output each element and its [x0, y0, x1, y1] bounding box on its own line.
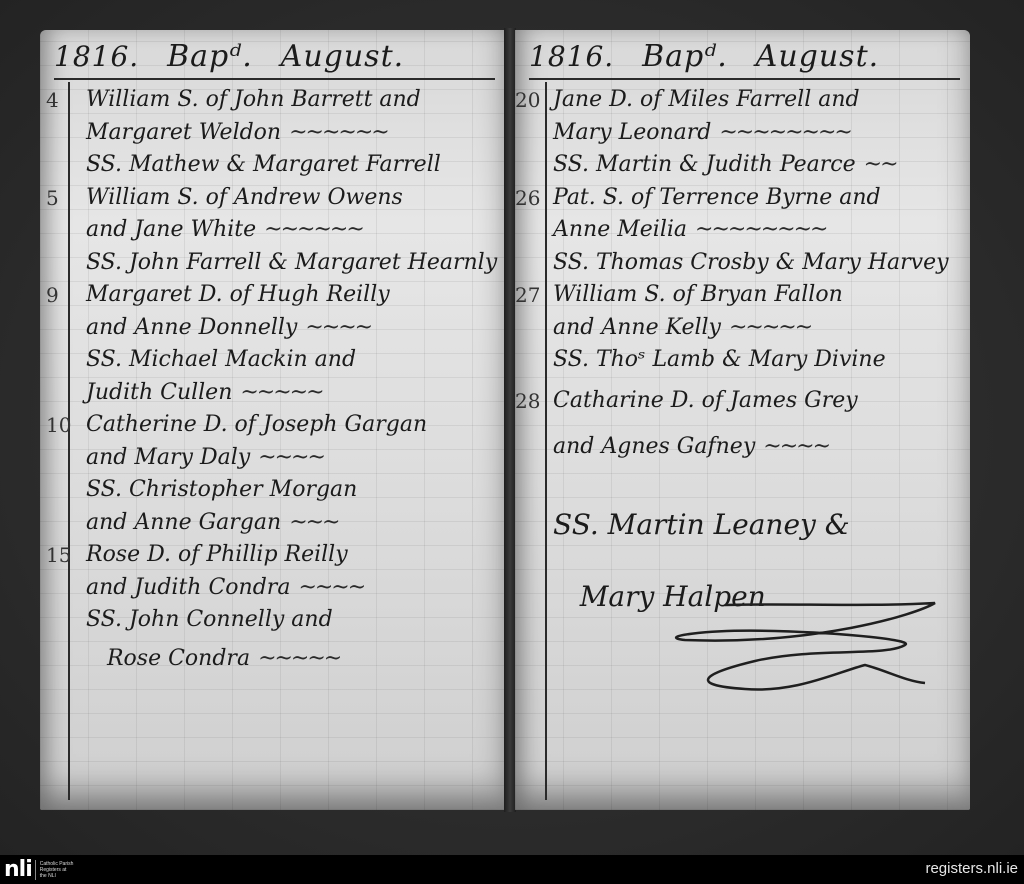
entry-text: SS. Thomas Crosby & Mary Harvey	[553, 247, 949, 280]
register-line: SS. Thomas Crosby & Mary Harvey	[515, 247, 970, 280]
line-flourish: ~~~~~~~~	[719, 120, 850, 145]
logo-divider	[35, 860, 36, 880]
register-line: 15Rose D. of Phillip Reilly	[40, 539, 505, 572]
register-line: SS. John Farrell & Margaret Hearnly	[40, 247, 505, 280]
entry-text: Catherine D. of Joseph Gargan	[86, 409, 427, 442]
register-line: SS. Thoˢ Lamb & Mary Divine	[515, 344, 970, 377]
register-line: Judith Cullen~~~~~	[40, 377, 505, 410]
register-line: 9Margaret D. of Hugh Reilly	[40, 279, 505, 312]
entry-text: Catharine D. of James Grey	[553, 377, 858, 425]
line-flourish: ~~~~~~	[264, 217, 363, 242]
entry-text: SS. Mathew & Margaret Farrell	[86, 149, 441, 182]
line-flourish: ~~~~	[258, 445, 324, 470]
entry-text: Margaret D. of Hugh Reilly	[86, 279, 390, 312]
entry-text: SS. Christopher Morgan	[86, 474, 357, 507]
header-year: 1816.	[529, 40, 614, 73]
register-line: and Anne Kelly~~~~~	[515, 312, 970, 345]
header-year: 1816.	[54, 40, 139, 73]
logo-text: Catholic Parish Registers at the NLI	[40, 861, 80, 879]
register-line: 26Pat. S. of Terrence Byrne and	[515, 182, 970, 215]
line-flourish: ~~~~	[298, 575, 364, 600]
register-line: SS. John Connelly and	[40, 604, 505, 637]
entry-day: 10	[46, 409, 71, 442]
header-abbr: Bapᵈ.	[642, 39, 728, 74]
line-flourish: ~~~~~~	[289, 120, 388, 145]
entry-text: SS. Michael Mackin and	[86, 344, 356, 377]
right-page: 1816. Bapᵈ. August. 20Jane D. of Miles F…	[515, 30, 970, 810]
entry-text: William S. of Bryan Fallon	[553, 279, 843, 312]
line-flourish: ~~~~~~~~	[695, 217, 826, 242]
nli-logo[interactable]: nli Catholic Parish Registers at the NLI	[4, 858, 80, 882]
register-line: SS. Martin & Judith Pearce~~	[515, 149, 970, 182]
register-line: SS. Mathew & Margaret Farrell	[40, 149, 505, 182]
entry-text: Pat. S. of Terrence Byrne and	[553, 182, 881, 215]
sponsor-line: SS. Martin Leaney &	[515, 489, 970, 561]
line-flourish: ~~~	[289, 510, 338, 535]
register-line: 28Catharine D. of James Grey	[515, 377, 970, 425]
entry-text: and Anne Gargan~~~	[86, 507, 339, 540]
left-entries: 4William S. of John Barrett and Margaret…	[40, 84, 505, 675]
entry-day: 27	[515, 279, 540, 312]
register-line: Mary Leonard~~~~~~~~	[515, 117, 970, 150]
register-line: Margaret Weldon~~~~~~	[40, 117, 505, 150]
register-line: SS. Michael Mackin and	[40, 344, 505, 377]
entry-text: and Mary Daly~~~~	[86, 442, 324, 475]
line-flourish: ~~	[864, 152, 897, 177]
entry-text: Judith Cullen~~~~~	[86, 377, 323, 410]
register-line: 5William S. of Andrew Owens	[40, 182, 505, 215]
entry-text: Mary Leonard~~~~~~~~	[553, 117, 851, 150]
register-line: and Jane White~~~~~~	[40, 214, 505, 247]
header-abbr: Bapᵈ.	[167, 39, 253, 74]
entry-text: William S. of Andrew Owens	[86, 182, 403, 215]
entry-text: William S. of John Barrett and	[86, 84, 421, 117]
footer-bar: nli Catholic Parish Registers at the NLI…	[0, 855, 1024, 884]
entry-day: 28	[515, 377, 540, 425]
entry-text: and Jane White~~~~~~	[86, 214, 363, 247]
entry-text: Rose Condra~~~~~	[86, 643, 340, 676]
register-line: Anne Meilia~~~~~~~~	[515, 214, 970, 247]
left-page: 1816. Bapᵈ. August. 4William S. of John …	[40, 30, 505, 810]
register-line: 27William S. of Bryan Fallon	[515, 279, 970, 312]
register-line: and Agnes Gafney~~~~	[515, 425, 970, 469]
register-line: and Judith Condra~~~~	[40, 572, 505, 605]
line-flourish: ~~~~	[305, 315, 371, 340]
entry-text: and Anne Kelly~~~~~	[553, 312, 811, 345]
right-entries: 20Jane D. of Miles Farrell and Mary Leon…	[515, 84, 970, 633]
entry-day: 26	[515, 182, 540, 215]
entry-text: SS. John Connelly and	[86, 604, 333, 637]
register-line: 4William S. of John Barrett and	[40, 84, 505, 117]
register-line: SS. Christopher Morgan	[40, 474, 505, 507]
image-viewer: 1816. Bapᵈ. August. 4William S. of John …	[0, 0, 1024, 855]
right-page-header: 1816. Bapᵈ. August.	[529, 36, 960, 80]
site-url-link[interactable]: registers.nli.ie	[925, 860, 1018, 877]
register-line: Rose Condra~~~~~	[40, 643, 505, 676]
entry-day: 9	[46, 279, 59, 312]
header-month: August.	[756, 39, 880, 74]
left-page-header: 1816. Bapᵈ. August.	[54, 36, 495, 80]
entry-text: SS. Martin & Judith Pearce~~	[553, 149, 897, 182]
entry-day: 4	[46, 84, 59, 117]
entry-text: Jane D. of Miles Farrell and	[553, 84, 860, 117]
logo-text-line: the NLI	[40, 873, 80, 879]
line-flourish: ~~~~~	[729, 315, 811, 340]
entry-day: 5	[46, 182, 59, 215]
entry-text: and Agnes Gafney~~~~	[553, 425, 829, 469]
register-line: and Anne Donnelly~~~~	[40, 312, 505, 345]
register-line: 10Catherine D. of Joseph Gargan	[40, 409, 505, 442]
entry-text: and Anne Donnelly~~~~	[86, 312, 371, 345]
register-line: and Anne Gargan~~~	[40, 507, 505, 540]
entry-text: and Judith Condra~~~~	[86, 572, 364, 605]
register-line: 20Jane D. of Miles Farrell and	[515, 84, 970, 117]
entry-text: Rose D. of Phillip Reilly	[86, 539, 348, 572]
entry-text: SS. Thoˢ Lamb & Mary Divine	[553, 344, 886, 377]
line-flourish: ~~~~~	[258, 646, 340, 671]
entry-day: 15	[46, 539, 71, 572]
nli-logo-mark: nli	[4, 858, 32, 882]
entry-day: 20	[515, 84, 540, 117]
line-flourish: ~~~~~	[240, 380, 322, 405]
header-month: August.	[281, 39, 405, 74]
entry-text: Margaret Weldon~~~~~~	[86, 117, 388, 150]
entry-text: SS. Martin Leaney &	[553, 489, 850, 561]
register-line: and Mary Daly~~~~	[40, 442, 505, 475]
entry-text: SS. John Farrell & Margaret Hearnly	[86, 247, 497, 280]
entry-text: Anne Meilia~~~~~~~~	[553, 214, 826, 247]
line-flourish: ~~~~	[763, 434, 829, 459]
signature-flourish-icon	[665, 585, 955, 695]
